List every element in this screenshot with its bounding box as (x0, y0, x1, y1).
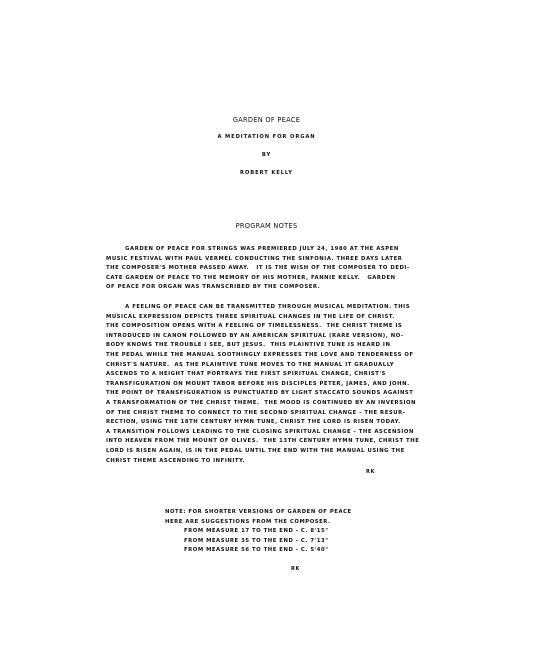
text-line: THE POINT OF TRANSFIGURATION IS PUNCTUAT… (106, 389, 436, 399)
signature-initials-note: RK (291, 566, 300, 572)
note-line: NOTE: FOR SHORTER VERSIONS OF GARDEN OF … (165, 508, 352, 518)
text-line: A TRANSFORMATION OF THE CHRIST THEME. TH… (106, 399, 436, 409)
text-line: BODY KNOWS THE TROUBLE I SEE, BUT JESUS.… (106, 341, 436, 351)
document-subtitle: A MEDITATION FOR ORGAN (0, 134, 533, 140)
byline-label: BY (0, 152, 533, 158)
author-name: ROBERT KELLY (0, 170, 533, 176)
section-heading: PROGRAM NOTES (0, 222, 533, 230)
suggestion-item: FROM MEASURE 56 TO THE END - C. 5'40" (165, 546, 352, 556)
text-line: OF PEACE FOR ORGAN WAS TRANSCRIBED BY TH… (106, 283, 436, 293)
document-title: GARDEN OF PEACE (0, 116, 533, 124)
text-line: CHRIST THEME ASCENDING TO INFINITY. (106, 457, 436, 467)
text-line: GARDEN OF PEACE FOR STRINGS WAS PREMIERE… (106, 245, 436, 255)
text-line: TRANSFIGURATION ON MOUNT TABOR BEFORE HI… (106, 380, 436, 390)
text-line: MUSICAL EXPRESSION DEPICTS THREE SPIRITU… (106, 313, 436, 323)
text-line: CHRIST'S NATURE. AS THE PLAINTIVE TUNE M… (106, 361, 436, 371)
paragraph-description: A FEELING OF PEACE CAN BE TRANSMITTED TH… (106, 303, 436, 466)
text-line: THE PEDAL WHILE THE MANUAL SOOTHINGLY EX… (106, 351, 436, 361)
text-line: A TRANSITION FOLLOWS LEADING TO THE CLOS… (106, 428, 436, 438)
text-line: A FEELING OF PEACE CAN BE TRANSMITTED TH… (106, 303, 436, 313)
text-line: INTO HEAVEN FROM THE MOUNT OF OLIVES. TH… (106, 437, 436, 447)
text-line: LORD IS RISEN AGAIN, IS IN THE PEDAL UNT… (106, 447, 436, 457)
text-line: INTRODUCED IN CANON FOLLOWED BY AN AMERI… (106, 332, 436, 342)
text-line: RECTION, USING THE 18TH CENTURY HYMN TUN… (106, 418, 436, 428)
text-line: OF THE CHRIST THEME TO CONNECT TO THE SE… (106, 409, 436, 419)
note-line: HERE ARE SUGGESTIONS FROM THE COMPOSER. (165, 518, 352, 528)
text-line: ASCENDS TO A HEIGHT THAT PORTRAYS THE FI… (106, 370, 436, 380)
text-line: MUSIC FESTIVAL WITH PAUL VERMEL CONDUCTI… (106, 255, 436, 265)
shorter-versions-note: NOTE: FOR SHORTER VERSIONS OF GARDEN OF … (165, 508, 352, 556)
text-line: THE COMPOSITION OPENS WITH A FEELING OF … (106, 322, 436, 332)
signature-initials: RK (366, 469, 375, 475)
suggestion-item: FROM MEASURE 35 TO THE END - C. 7'13" (165, 537, 352, 547)
text-line: THE COMPOSER'S MOTHER PASSED AWAY. IT IS… (106, 264, 436, 274)
text-line: CATE GARDEN OF PEACE TO THE MEMORY OF HI… (106, 274, 436, 284)
paragraph-premiere: GARDEN OF PEACE FOR STRINGS WAS PREMIERE… (106, 245, 436, 293)
document-page: GARDEN OF PEACE A MEDITATION FOR ORGAN B… (0, 0, 533, 666)
suggestion-item: FROM MEASURE 17 TO THE END - C. 8'15" (165, 527, 352, 537)
